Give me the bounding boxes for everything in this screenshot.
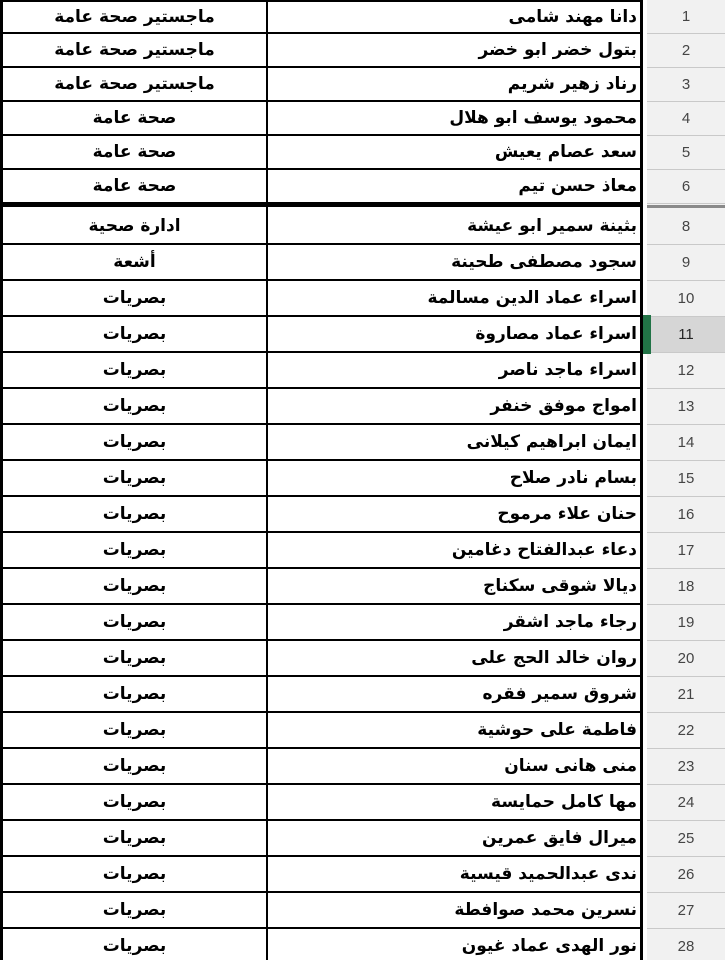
table-row: ماجستير صحة عامة رناد زهير شريم 3	[0, 68, 725, 102]
row-number-label: 12	[678, 362, 695, 379]
row-number-label: 25	[678, 830, 695, 847]
row-header[interactable]: 17	[647, 533, 725, 569]
name-cell[interactable]: بسام نادر صلاح	[268, 461, 643, 497]
row-header[interactable]: 18	[647, 569, 725, 605]
table-row: بصريات بسام نادر صلاح 15	[0, 461, 725, 497]
row-header[interactable]: 5	[647, 136, 725, 170]
row-number-label: 4	[682, 110, 690, 127]
row-number-label: 5	[682, 144, 690, 161]
row-header[interactable]: 2	[647, 34, 725, 68]
name-cell[interactable]: اسراء عماد الدين مسالمة	[268, 281, 643, 317]
row-header[interactable]: 22	[647, 713, 725, 749]
specialty-cell[interactable]: بصريات	[0, 461, 268, 497]
table-row: بصريات ديالا شوقى سكناج 18	[0, 569, 725, 605]
row-header[interactable]: 6	[647, 170, 725, 204]
name-cell[interactable]: امواج موفق خنفر	[268, 389, 643, 425]
specialty-cell[interactable]: بصريات	[0, 317, 268, 353]
row-header[interactable]: 1	[647, 0, 725, 34]
table-row: أشعة سجود مصطفى طحينة 9	[0, 245, 725, 281]
name-cell[interactable]: رجاء ماجد اشقر	[268, 605, 643, 641]
hidden-row-marker-icon	[647, 205, 725, 208]
name-cell[interactable]: شروق سمير فقره	[268, 677, 643, 713]
row-header[interactable]: 26	[647, 857, 725, 893]
table-row: بصريات رجاء ماجد اشقر 19	[0, 605, 725, 641]
specialty-cell[interactable]: ماجستير صحة عامة	[0, 68, 268, 102]
spreadsheet: ماجستير صحة عامة دانا مهند شامى 1 ماجستي…	[0, 0, 725, 960]
row-header[interactable]: 12	[647, 353, 725, 389]
specialty-cell[interactable]: بصريات	[0, 569, 268, 605]
table-row: بصريات اسراء عماد مصاروة 11	[0, 317, 725, 353]
specialty-cell[interactable]: بصريات	[0, 857, 268, 893]
specialty-cell[interactable]: بصريات	[0, 353, 268, 389]
specialty-cell[interactable]: صحة عامة	[0, 170, 268, 204]
name-cell[interactable]: سجود مصطفى طحينة	[268, 245, 643, 281]
table-row: بصريات نور الهدى عماد غيون 28	[0, 929, 725, 960]
row-number-label: 14	[678, 434, 695, 451]
table-row: صحة عامة محمود يوسف ابو هلال 4	[0, 102, 725, 136]
name-cell[interactable]: دانا مهند شامى	[268, 0, 643, 34]
name-cell[interactable]: ديالا شوقى سكناج	[268, 569, 643, 605]
table-row: بصريات اسراء ماجد ناصر 12	[0, 353, 725, 389]
specialty-cell[interactable]: ماجستير صحة عامة	[0, 34, 268, 68]
row-header[interactable]: 24	[647, 785, 725, 821]
name-cell[interactable]: نور الهدى عماد غيون	[268, 929, 643, 960]
row-number-label: 28	[678, 938, 695, 955]
specialty-cell[interactable]: بصريات	[0, 389, 268, 425]
row-number-label: 9	[682, 254, 690, 271]
row-number-label: 23	[678, 758, 695, 775]
name-cell[interactable]: حنان علاء مرموح	[268, 497, 643, 533]
specialty-cell[interactable]: بصريات	[0, 533, 268, 569]
table-row: صحة عامة سعد عصام يعيش 5	[0, 136, 725, 170]
table-row: بصريات حنان علاء مرموح 16	[0, 497, 725, 533]
row-number-label: 1	[682, 8, 690, 25]
table-row: بصريات ايمان ابراهيم كيلانى 14	[0, 425, 725, 461]
row-number-label: 26	[678, 866, 695, 883]
name-cell[interactable]: ندى عبدالحميد قيسية	[268, 857, 643, 893]
name-cell[interactable]: محمود يوسف ابو هلال	[268, 102, 643, 136]
specialty-cell[interactable]: بصريات	[0, 749, 268, 785]
table-row: بصريات مها كامل حمايسة 24	[0, 785, 725, 821]
name-cell[interactable]: بتول خضر ابو خضر	[268, 34, 643, 68]
name-cell[interactable]: منى هانى سنان	[268, 749, 643, 785]
name-cell[interactable]: اسراء عماد مصاروة	[268, 317, 643, 353]
row-header[interactable]: 28	[647, 929, 725, 960]
row-number-label: 21	[678, 686, 695, 703]
row-header[interactable]: 11	[647, 317, 725, 353]
specialty-cell[interactable]: بصريات	[0, 641, 268, 677]
row-number-label: 24	[678, 794, 695, 811]
spreadsheet-grid: ماجستير صحة عامة دانا مهند شامى 1 ماجستي…	[0, 0, 725, 960]
row-header[interactable]: 9	[647, 245, 725, 281]
name-cell[interactable]: بثينة سمير ابو عيشة	[268, 209, 643, 245]
specialty-cell[interactable]: أشعة	[0, 245, 268, 281]
row-number-label: 17	[678, 542, 695, 559]
specialty-cell[interactable]: بصريات	[0, 497, 268, 533]
specialty-cell[interactable]: بصريات	[0, 893, 268, 929]
row-header[interactable]: 15	[647, 461, 725, 497]
specialty-cell[interactable]: بصريات	[0, 425, 268, 461]
row-number-label: 3	[682, 76, 690, 93]
table-row: بصريات امواج موفق خنفر 13	[0, 389, 725, 425]
specialty-cell[interactable]: ماجستير صحة عامة	[0, 0, 268, 34]
name-cell[interactable]: نسرين محمد صوافطة	[268, 893, 643, 929]
row-header[interactable]: 4	[647, 102, 725, 136]
name-cell[interactable]: ايمان ابراهيم كيلانى	[268, 425, 643, 461]
row-number-label: 15	[678, 470, 695, 487]
table-row: بصريات اسراء عماد الدين مسالمة 10	[0, 281, 725, 317]
row-header[interactable]: 10	[647, 281, 725, 317]
row-header[interactable]: 16	[647, 497, 725, 533]
name-cell[interactable]: اسراء ماجد ناصر	[268, 353, 643, 389]
name-cell[interactable]: معاذ حسن تيم	[268, 170, 643, 204]
specialty-cell[interactable]: بصريات	[0, 605, 268, 641]
table-row: بصريات فاطمة على حوشية 22	[0, 713, 725, 749]
specialty-cell[interactable]: ادارة صحية	[0, 209, 268, 245]
row-header[interactable]: 8	[647, 209, 725, 245]
table-row: بصريات دعاء عبدالفتاح دغامين 17	[0, 533, 725, 569]
row-header[interactable]: 3	[647, 68, 725, 102]
row-header[interactable]: 21	[647, 677, 725, 713]
specialty-cell[interactable]: بصريات	[0, 713, 268, 749]
row-header[interactable]: 14	[647, 425, 725, 461]
name-cell[interactable]: روان خالد الحج على	[268, 641, 643, 677]
table-row: بصريات ندى عبدالحميد قيسية 26	[0, 857, 725, 893]
specialty-cell[interactable]: بصريات	[0, 677, 268, 713]
row-number-label: 19	[678, 614, 695, 631]
row-number-label: 2	[682, 42, 690, 59]
table-row: ادارة صحية بثينة سمير ابو عيشة 8	[0, 209, 725, 245]
table-row: صحة عامة معاذ حسن تيم 6	[0, 170, 725, 204]
row-header[interactable]: 20	[647, 641, 725, 677]
table-row: بصريات ميرال فايق عمرين 25	[0, 821, 725, 857]
row-header[interactable]: 13	[647, 389, 725, 425]
selected-cell-indicator	[643, 315, 651, 354]
row-number-label: 11	[678, 326, 694, 343]
row-number-label: 13	[678, 398, 695, 415]
table-row: ماجستير صحة عامة دانا مهند شامى 1	[0, 0, 725, 34]
row-number-label: 18	[678, 578, 695, 595]
row-header[interactable]: 19	[647, 605, 725, 641]
specialty-cell[interactable]: بصريات	[0, 821, 268, 857]
specialty-cell[interactable]: بصريات	[0, 281, 268, 317]
table-row: بصريات منى هانى سنان 23	[0, 749, 725, 785]
row-number-label: 10	[678, 290, 695, 307]
name-cell[interactable]: رناد زهير شريم	[268, 68, 643, 102]
specialty-cell[interactable]: بصريات	[0, 929, 268, 960]
table-row: بصريات شروق سمير فقره 21	[0, 677, 725, 713]
name-cell[interactable]: ميرال فايق عمرين	[268, 821, 643, 857]
table-row: بصريات روان خالد الحج على 20	[0, 641, 725, 677]
row-number-label: 27	[678, 902, 695, 919]
table-row: ماجستير صحة عامة بتول خضر ابو خضر 2	[0, 34, 725, 68]
name-cell[interactable]: دعاء عبدالفتاح دغامين	[268, 533, 643, 569]
name-cell[interactable]: سعد عصام يعيش	[268, 136, 643, 170]
row-number-label: 6	[682, 178, 690, 195]
row-number-label: 8	[682, 218, 690, 235]
name-cell[interactable]: فاطمة على حوشية	[268, 713, 643, 749]
specialty-cell[interactable]: صحة عامة	[0, 136, 268, 170]
table-row: بصريات نسرين محمد صوافطة 27	[0, 893, 725, 929]
row-number-label: 20	[678, 650, 695, 667]
row-header[interactable]: 27	[647, 893, 725, 929]
row-number-label: 16	[678, 506, 695, 523]
row-header[interactable]: 23	[647, 749, 725, 785]
specialty-cell[interactable]: صحة عامة	[0, 102, 268, 136]
row-header[interactable]: 25	[647, 821, 725, 857]
specialty-cell[interactable]: بصريات	[0, 785, 268, 821]
row-number-label: 22	[678, 722, 695, 739]
name-cell[interactable]: مها كامل حمايسة	[268, 785, 643, 821]
